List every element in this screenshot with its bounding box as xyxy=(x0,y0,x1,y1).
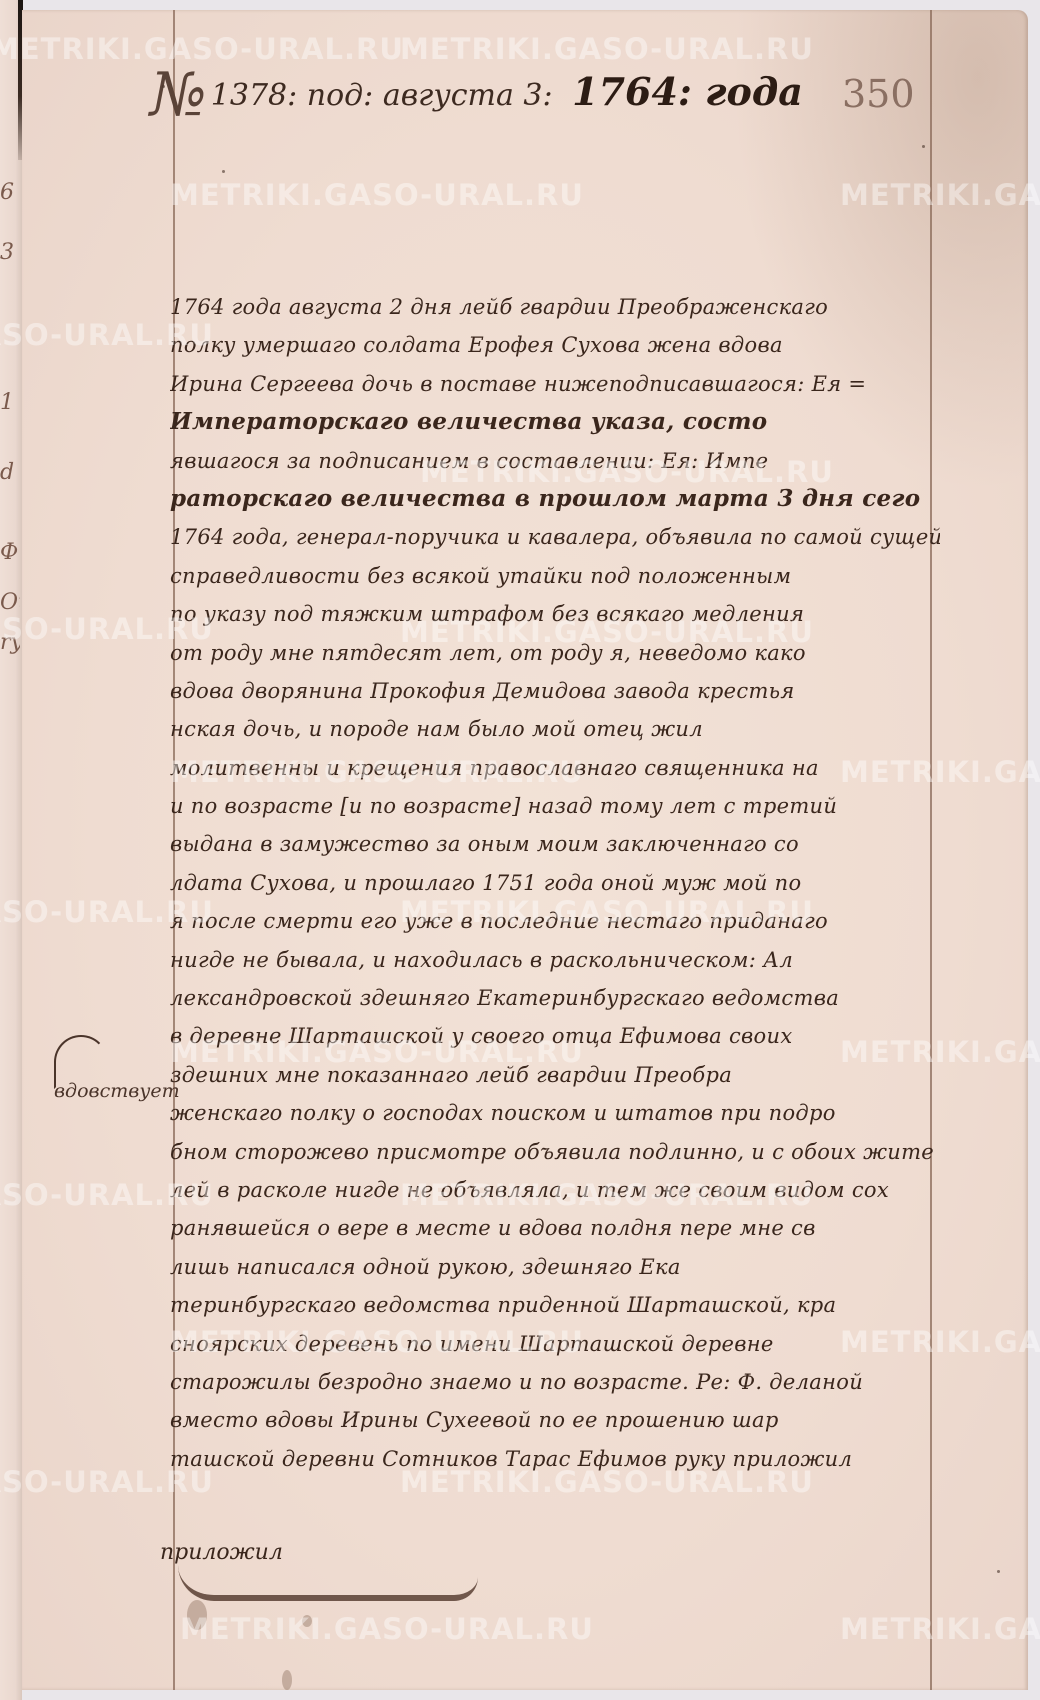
body-line: нигде не бывала, и находилась в раскольн… xyxy=(170,941,940,979)
body-line: и по возрасте [и по возрасте] назад тому… xyxy=(170,787,940,825)
signature-flourish-icon xyxy=(178,1565,478,1601)
prev-page-fragment: d xyxy=(0,460,20,485)
body-line: здешних мне показаннаго лейб гвардии Пре… xyxy=(170,1056,940,1094)
prev-page-fragment: ry xyxy=(0,630,20,655)
body-line: старожилы безродно знаемо и по возрасте.… xyxy=(170,1363,940,1401)
body-line: 1764 года, генерал-поручика и кавалера, … xyxy=(170,518,940,556)
body-line: лей в расколе нигде не объявляла, и тем … xyxy=(170,1171,940,1209)
record-year: 1764: года xyxy=(572,69,803,114)
body-line: 1764 года августа 2 дня лейб гвардии Пре… xyxy=(170,288,940,326)
paper-speck xyxy=(162,85,165,88)
body-line: от роду мне пятдесят лет, от роду я, нев… xyxy=(170,634,940,672)
margin-note: вдовствует xyxy=(54,1080,180,1102)
body-line: сноярских деревень по имени Шарташской д… xyxy=(170,1325,940,1363)
body-line: лександровской здешняго Екатеринбургскаг… xyxy=(170,979,940,1017)
body-line: я после смерти его уже в последние неста… xyxy=(170,902,940,940)
previous-page-edge: 6 3 1 d Ф Ош ry xyxy=(0,0,22,1700)
body-line: справедливости без всякой утайки под пол… xyxy=(170,557,940,595)
body-line: ташской деревни Сотников Тарас Ефимов ру… xyxy=(170,1440,940,1478)
body-line: вместо вдовы Ирины Сухеевой по ее прошен… xyxy=(170,1401,940,1439)
body-line: Императорскаго величества указа, состо xyxy=(170,403,940,441)
record-date-text: : под: августа 3: xyxy=(287,78,562,113)
prev-page-fragment: Ф xyxy=(0,540,20,565)
body-line: раторскаго величества в прошлом марта 3 … xyxy=(170,480,940,518)
body-line: молитвенны и крещения православнаго свящ… xyxy=(170,749,940,787)
signature: приложил xyxy=(160,1540,283,1565)
prev-page-fragment: Ош xyxy=(0,590,20,615)
number-sign: № xyxy=(150,60,207,130)
body-line: в деревне Шарташской у своего отца Ефимо… xyxy=(170,1017,940,1055)
body-line: явшагося за подписанием в составлении: Е… xyxy=(170,442,940,480)
body-line: полку умершаго солдата Ерофея Сухова жен… xyxy=(170,326,940,364)
body-line: вдова дворянина Прокофия Демидова завода… xyxy=(170,672,940,710)
prev-page-fragment: 1 xyxy=(0,390,20,415)
paper-speck xyxy=(222,170,225,173)
body-line: выдана в замужество за оным моим заключе… xyxy=(170,825,940,863)
ink-stain xyxy=(282,1670,292,1690)
body-line: лдата Сухова, и прошлаго 1751 года оной … xyxy=(170,864,940,902)
body-line: женскаго полку о господах поиском и штат… xyxy=(170,1094,940,1132)
record-body: 1764 года августа 2 дня лейб гвардии Пре… xyxy=(170,288,940,1478)
prev-page-fragment: 6 xyxy=(0,180,20,205)
body-line: по указу под тяжким штрафом без всякаго … xyxy=(170,595,940,633)
prev-page-fragment: 3 xyxy=(0,240,20,265)
ink-stain xyxy=(187,1600,207,1630)
body-line: лишь написался одной рукою, здешняго Ека xyxy=(170,1248,940,1286)
ink-stain xyxy=(302,1615,312,1627)
body-line: Ирина Сергеева дочь в поставе нижеподпис… xyxy=(170,365,940,403)
body-line: бном сторожево присмотре объявила подлин… xyxy=(170,1133,940,1171)
record-number: 1378 xyxy=(211,78,287,113)
body-line: ранявшейся о вере в месте и вдова полдня… xyxy=(170,1209,940,1247)
paper-speck xyxy=(922,145,925,148)
folio-number: 350 xyxy=(842,72,915,116)
body-line: нская дочь, и породе нам было мой отец ж… xyxy=(170,710,940,748)
paper-speck xyxy=(997,1570,1000,1573)
record-header: №1378: под: августа 3: 1764: года xyxy=(150,60,803,130)
body-line: теринбургскаго ведомства приденной Шарта… xyxy=(170,1286,940,1324)
